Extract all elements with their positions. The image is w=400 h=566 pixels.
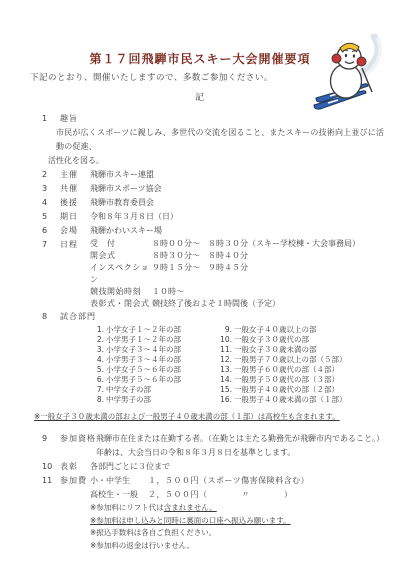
section-number: 8 [42,310,60,324]
fee-note-lift: ※参加料にリフト代は含まれません。 [90,502,390,515]
division-number: 9. [216,325,232,335]
document-page: 第１７回飛騨市民スキー大会開催要項 下記のとおり、開催いたしますので、多数ご参加… [0,0,400,566]
division-text: 一般男子７０歳以上の部（５部） [234,355,347,365]
division-text: 小学男子３～４年の部 [106,355,216,365]
fee-category: 小・中学生 [90,474,148,488]
schedule-item: 表彰式・閉会式 [90,298,152,310]
fee-row: 高校生・一般 ２，５００円（ 〃 ） [90,488,390,502]
schedule-time: ８時３０分～ ８時４０分 [152,250,390,262]
division-item: 8.中学男子の部 [88,395,216,405]
section-number: 7 [42,238,60,252]
section-label: 会場 [60,224,90,238]
division-number: 11. [216,345,232,355]
schedule-item: 受 付 [90,238,152,250]
division-text: 一般男子４０歳未満の部（１部） [234,395,347,405]
division-number: 10. [216,335,232,345]
division-item: 13.一般男子６０歳代の部（４部） [216,365,347,375]
division-number: 14. [216,375,232,385]
division-number: 8. [88,395,104,405]
section-3-cohost: 3 共催 飛騨市スポーツ協会 [42,182,390,196]
intro-text: 下記のとおり、開催いたしますので、多数ご参加ください。 [30,71,273,83]
section-label: 共催 [60,182,90,196]
section-6-venue: 6 会場 飛騨かわいスキー場 [42,224,390,238]
division-text: 一般女子３０歳代の部 [234,335,347,345]
fee-category: 高校生・一般 [90,488,148,502]
section-number: 9 [42,432,60,446]
fee-amount: ２，５００円（ 〃 ） [148,488,390,502]
schedule-row: インスペクション ９時１５分～ ９時４５分 [90,262,390,286]
section-1-purpose: 1 趣旨 [42,112,390,126]
division-number: 16. [216,395,232,405]
division-number: 7. [88,385,104,395]
division-number: 2. [88,335,104,345]
section-label: 試合部門 [60,310,96,324]
section-number: 4 [42,196,60,210]
fee-note-commission: ※振込手数料は各自ご負担ください。 [90,527,390,540]
division-text: 小学女子５～６年の部 [106,365,216,375]
division-number: 5. [88,365,104,375]
division-text: 小学女子３～４年の部 [106,345,216,355]
section-label: 参加資格 [60,432,96,446]
section-5-date: 5 期日 令和８年３月８日（日） [42,210,390,224]
divisions-footnote: ※一般女子３０歳未満の部および一般男子４０歳未満の部（１部）は高校生も含まれます… [34,410,390,423]
schedule-item: 開会式 [90,250,152,262]
division-number: 15. [216,385,232,395]
division-item: 12.一般男子７０歳以上の部（５部） [216,355,347,365]
division-item: 11.一般女子３０歳未満の部 [216,345,347,355]
section-11-entry-fee: 11 参加費 小・中学生 １，５００円（スポーツ傷害保険料含む） 高校生・一般 … [42,474,390,552]
section-number: 10 [42,460,60,474]
section-value: 令和８年３月８日（日） [90,210,390,224]
section-label: 日程 [60,238,90,252]
section-2-organizer: 2 主催 飛騨市スキー連盟 [42,168,390,182]
section-number: 1 [42,112,60,126]
fee-amount: １，５００円（スポーツ傷害保険料含む） [148,474,390,488]
eligibility-line-2: 年齢は、大会当日の令和８年３月８日を基準とします。 [96,446,390,460]
schedule-row: 開会式 ８時３０分～ ８時４０分 [90,250,390,262]
division-text: 小学男子１～２年の部 [106,335,216,345]
division-number: 1. [88,325,104,335]
section-label: 参加費 [60,474,90,488]
division-number: 13. [216,365,232,375]
schedule-table: 受 付 ８時００分～ ８時３０分（スキー学校棟・大会事務局） 開会式 ８時３０分… [90,238,390,310]
fee-note-no-refund: ※参加料の返金は行いません。 [90,540,390,553]
section-number: 5 [42,210,60,224]
fee-note-plain: ※参加料にリフト代は [90,503,164,512]
division-item: 16.一般男子４０歳未満の部（１部） [216,395,347,405]
schedule-row: 競技開始時刻 １０時～ [90,286,390,298]
section-number: 3 [42,182,60,196]
division-item: 5.小学女子５～６年の部 [88,365,216,375]
section-label: 主催 [60,168,90,182]
section-4-support: 4 後援 飛騨市教育委員会 [42,196,390,210]
section-9-eligibility: 9 参加資格 飛騨市在住または在勤する者。（在勤とは主たる勤務先が飛騨市内である… [42,432,390,460]
schedule-item: 競技開始時刻 [90,286,152,298]
fee-row: 小・中学生 １，５００円（スポーツ傷害保険料含む） [90,474,390,488]
division-item: 9.一般女子４０歳以上の部 [216,325,347,335]
purpose-line-1: 市民が広くスポーツに親しみ、多世代の交流を図ること、またスキーの技術向上並びに活… [56,126,390,154]
section-7-schedule: 7 日程 受 付 ８時００分～ ８時３０分（スキー学校棟・大会事務局） 開会式 … [42,238,390,310]
division-text: 一般男子５０歳代の部（３部） [234,375,347,385]
section-number: 6 [42,224,60,238]
section-value: 飛騨市教育委員会 [90,196,390,210]
record-mark: 記 [0,90,400,103]
division-item: 2.小学男子１～２年の部 [88,335,216,345]
section-value: 飛騨市スキー連盟 [90,168,390,182]
division-number: 4. [88,355,104,365]
document-title: 第１７回飛騨市民スキー大会開催要項 [0,50,400,67]
schedule-time: 競技終了後およそ１時間後（予定） [152,298,390,310]
section-10-awards: 10 表彰 各部門ごとに３位まで [42,460,390,474]
fee-note-transfer: ※参加料は申し込みと同時に裏面の口座へ振込み願います。 [90,515,390,528]
division-item: 15.一般男子４０歳代の部（２部） [216,385,347,395]
schedule-time: １０時～ [152,286,390,298]
division-number: 12. [216,355,232,365]
schedule-row: 受 付 ８時００分～ ８時３０分（スキー学校棟・大会事務局） [90,238,390,250]
division-item: 10.一般女子３０歳代の部 [216,335,347,345]
section-label: 後援 [60,196,90,210]
schedule-time: ８時００分～ ８時３０分（スキー学校棟・大会事務局） [152,238,390,250]
division-text: 中学男子の部 [106,395,216,405]
division-text: 一般男子６０歳代の部（４部） [234,365,347,375]
section-number: 2 [42,168,60,182]
divisions-list: 1.小学女子１～２年の部 2.小学男子１～２年の部 3.小学女子３～４年の部 4… [88,325,390,405]
section-value: 飛騨市スポーツ協会 [90,182,390,196]
division-item: 6.小学男子５～６年の部 [88,375,216,385]
division-text: 一般女子４０歳以上の部 [234,325,347,335]
division-number: 3. [88,345,104,355]
purpose-line-2: 活性化を図る。 [48,154,390,168]
eligibility-line-1: 飛騨市在住または在勤する者。（在勤とは主たる勤務先が飛騨市内であること。） [96,432,390,446]
schedule-row: 表彰式・閉会式 競技終了後およそ１時間後（予定） [90,298,390,310]
division-item: 14.一般男子５０歳代の部（３部） [216,375,347,385]
division-text: 小学男子５～６年の部 [106,375,216,385]
divisions-column-left: 1.小学女子１～２年の部 2.小学男子１～２年の部 3.小学女子３～４年の部 4… [88,325,216,405]
skiing-snowman-illustration [310,34,396,120]
section-label: 期日 [60,210,90,224]
division-text: 小学女子１～２年の部 [106,325,216,335]
division-item: 4.小学男子３～４年の部 [88,355,216,365]
division-item: 1.小学女子１～２年の部 [88,325,216,335]
section-value: 各部門ごとに３位まで [90,460,390,474]
division-text: 一般女子３０歳未満の部 [234,345,347,355]
division-item: 7.中学女子の部 [88,385,216,395]
schedule-time: ９時１５分～ ９時４５分 [152,262,390,286]
division-item: 3.小学女子３～４年の部 [88,345,216,355]
section-number: 11 [42,474,60,488]
division-text: 一般男子４０歳代の部（２部） [234,385,347,395]
section-value: 飛騨かわいスキー場 [90,224,390,238]
schedule-item: インスペクション [90,262,152,286]
document-body: 1 趣旨 市民が広くスポーツに親しみ、多世代の交流を図ること、またスキーの技術向… [42,112,390,552]
section-8-divisions: 8 試合部門 [42,310,390,324]
section-label: 趣旨 [60,112,90,126]
section-label: 表彰 [60,460,90,474]
division-number: 6. [88,375,104,385]
eligibility-text: 飛騨市在住または在勤する者。（在勤とは主たる勤務先が飛騨市内であること。） 年齢… [96,432,390,460]
divisions-column-right: 9.一般女子４０歳以上の部 10.一般女子３０歳代の部 11.一般女子３０歳未満… [216,325,347,405]
fee-note-underlined: 含まれません。 [164,503,217,512]
division-text: 中学女子の部 [106,385,216,395]
entry-fee-details: 小・中学生 １，５００円（スポーツ傷害保険料含む） 高校生・一般 ２，５００円（… [90,474,390,552]
